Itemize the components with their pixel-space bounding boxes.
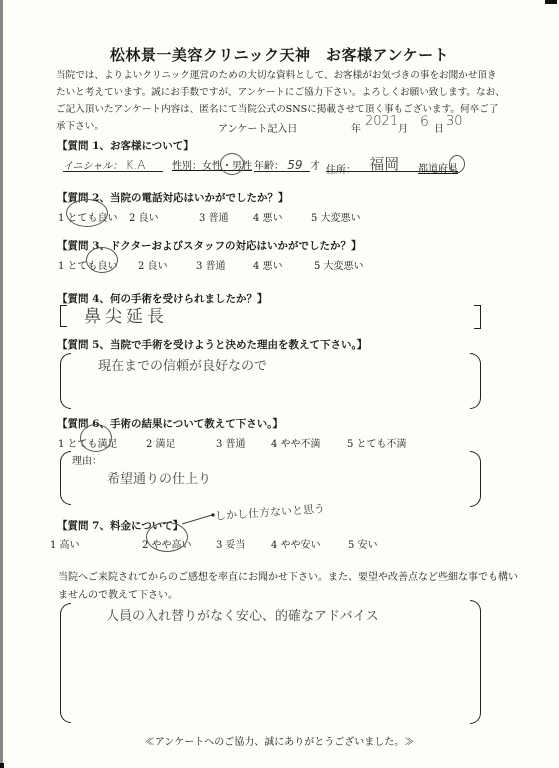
q6-option-2[interactable]: 2 満足 bbox=[146, 435, 176, 450]
selection-circle bbox=[449, 155, 465, 173]
month-label: 月 bbox=[398, 120, 408, 135]
age-label: 年齢： bbox=[254, 161, 284, 172]
q6-option-3[interactable]: 3 普通 bbox=[216, 435, 246, 450]
q8-answer[interactable]: 人員の入れ替りがなく安心、的確なアドバイス bbox=[106, 605, 379, 624]
q7-option-1[interactable]: 1 高い bbox=[50, 536, 80, 551]
bracket-left bbox=[60, 305, 67, 327]
q8-prompt: 当院へご来院されてからのご感想を率直にお聞かせ下さい。また、要望や改善点など些細… bbox=[58, 569, 518, 605]
q6-option-4[interactable]: 4 やや不満 bbox=[271, 435, 321, 450]
q2-option-3[interactable]: 3 普通 bbox=[199, 209, 229, 224]
q2-option-5[interactable]: 5 大変悪い bbox=[311, 209, 361, 224]
q1-heading: 【質問 1、お客様について】 bbox=[57, 138, 194, 153]
q5-heading: 【質問 5、当院で手術を受けようと決めた理由を教えて下さい。】 bbox=[57, 337, 367, 352]
year-value[interactable]: 2021 bbox=[365, 114, 398, 129]
day-value[interactable]: 30 bbox=[446, 114, 463, 129]
selection-circle bbox=[86, 247, 118, 273]
q3-option-5[interactable]: 5 大変悪い bbox=[314, 257, 364, 272]
bracket-left bbox=[60, 353, 71, 409]
date-label: アンケート記入日 bbox=[218, 120, 297, 135]
year-label: 年 bbox=[351, 120, 361, 135]
q7-option-5[interactable]: 5 安い bbox=[348, 536, 378, 551]
q3-option-2[interactable]: 2 良い bbox=[138, 257, 168, 272]
initial-value: K.A bbox=[126, 158, 146, 172]
selection-circle bbox=[220, 153, 244, 175]
q3-option-4[interactable]: 4 悪い bbox=[253, 257, 283, 272]
q2-option-4[interactable]: 4 悪い bbox=[253, 209, 283, 224]
q6-reason-answer[interactable]: 希望通りの仕上り bbox=[107, 468, 211, 487]
bracket-left bbox=[60, 451, 71, 505]
age-unit: 才 bbox=[310, 157, 320, 172]
address-label: 住所： bbox=[326, 165, 356, 176]
selection-circle bbox=[80, 424, 112, 452]
address-value: 福岡 bbox=[369, 155, 399, 173]
q5-answer[interactable]: 現在までの信頼が良好なので bbox=[98, 355, 267, 374]
selection-circle bbox=[146, 522, 188, 552]
gender-female[interactable]: 女性 bbox=[202, 161, 222, 172]
scan-corner-mark bbox=[0, 763, 4, 768]
q3-option-3[interactable]: 3 普通 bbox=[196, 257, 226, 272]
selection-circle bbox=[66, 199, 108, 227]
scan-corner-mark bbox=[545, 0, 557, 4]
bracket-right bbox=[474, 305, 481, 329]
reason-label: 理由： bbox=[72, 452, 102, 467]
age-field[interactable]: 年齢： 59 bbox=[254, 157, 310, 172]
q7-annotation: しかし仕方ないと思う bbox=[215, 500, 326, 524]
bracket-right bbox=[470, 353, 481, 409]
q7-option-4[interactable]: 4 やや安い bbox=[271, 536, 321, 551]
bracket-right bbox=[470, 600, 481, 724]
gender-label: 性別： bbox=[172, 161, 202, 172]
arrow-icon bbox=[180, 512, 216, 526]
day-label: 日 bbox=[434, 120, 444, 135]
bracket-right bbox=[470, 451, 481, 507]
q4-answer[interactable]: 鼻尖延長 bbox=[84, 302, 168, 327]
scan-edge bbox=[0, 0, 3, 768]
q2-option-2[interactable]: 2 良い bbox=[129, 209, 159, 224]
month-value[interactable]: 6 bbox=[420, 114, 429, 130]
initial-field[interactable]: イニシャル： K.A bbox=[63, 157, 163, 172]
age-value: 59 bbox=[287, 158, 302, 172]
q6-option-5[interactable]: 5 とても不満 bbox=[347, 435, 407, 450]
initial-label: イニシャル： bbox=[63, 161, 122, 172]
survey-title: 松林景一美容クリニック天神 お客様アンケート bbox=[0, 44, 559, 65]
footer-thanks: ≪アンケートへのご協力、誠にありがとうございました。≫ bbox=[0, 733, 559, 748]
q7-option-3[interactable]: 3 妥当 bbox=[216, 536, 246, 551]
bracket-left bbox=[60, 603, 71, 723]
